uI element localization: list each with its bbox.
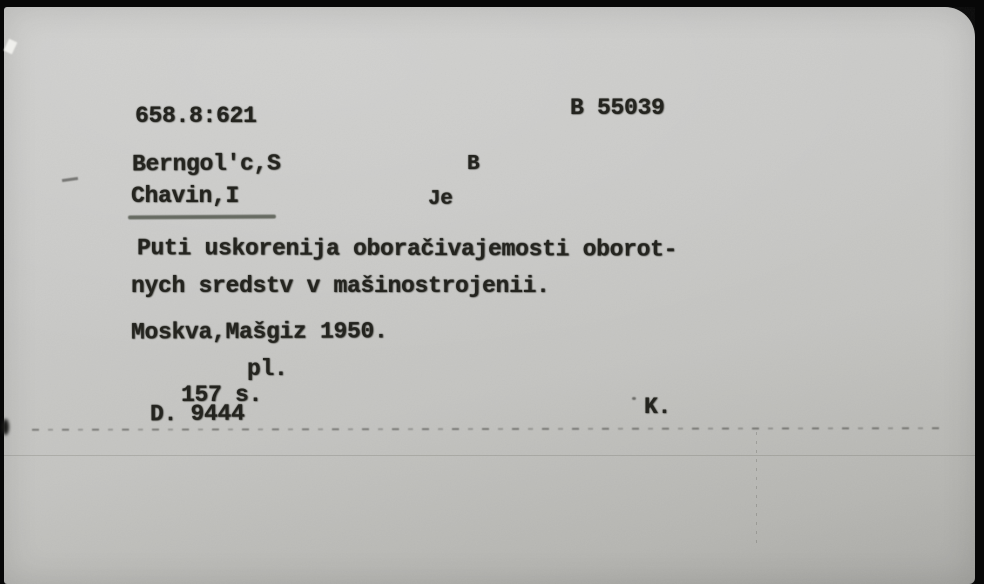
title-line-1: Puti uskorenija oboračivajemosti oborot- — [137, 235, 677, 262]
faint-crease-line — [4, 455, 975, 456]
corner-notch-mark — [4, 39, 18, 55]
catalog-card: 658.8:621 B 55039 Berngol'c,S Chavin,I B… — [4, 7, 975, 584]
author-line-1: Berngol'c,S — [132, 151, 281, 178]
cataloger-initial: K. — [644, 394, 671, 420]
filing-letter-b: B — [467, 153, 479, 176]
author-underline — [128, 215, 276, 220]
filing-letter-je: Je — [428, 188, 453, 211]
imprint-line: Moskva,Mašgiz 1950. — [131, 318, 388, 345]
vertical-crease-line — [756, 431, 757, 543]
inventory-dashed-rule — [32, 427, 939, 431]
call-number: 658.8:621 — [135, 103, 257, 129]
stray-dot-mark — [632, 397, 636, 400]
inventory-number: D. 9444 — [150, 401, 245, 428]
author-line-2: Chavin,I — [131, 183, 239, 209]
control-number: B 55039 — [570, 95, 665, 121]
stray-dash-mark — [62, 177, 78, 182]
edge-ink-blob — [2, 419, 9, 435]
title-line-2: nych sredstv v mašinostrojenii. — [131, 273, 550, 299]
illustration-note: pl. — [247, 356, 288, 382]
